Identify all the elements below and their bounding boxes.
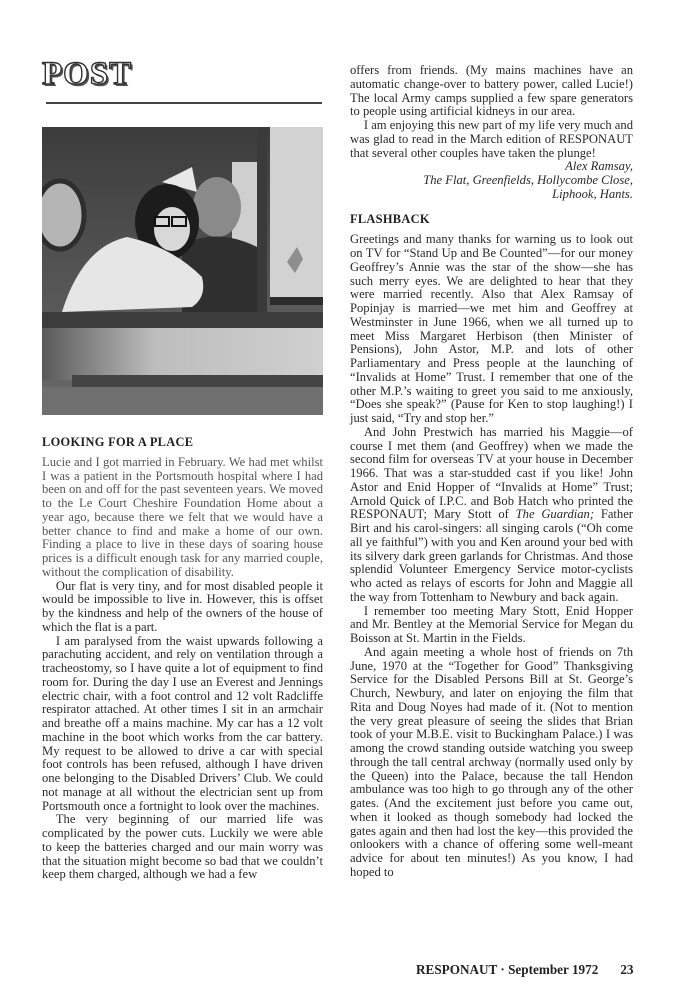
paragraph: And again meeting a whole host of friend…: [350, 646, 633, 880]
magazine-page: POST: [0, 0, 690, 1002]
paragraph: Lucie and I got married in February. We …: [42, 456, 323, 580]
heading-looking-for-a-place: LOOKING FOR A PLACE: [42, 436, 323, 450]
paragraph-text: Father Birt and his carol-singers: all s…: [350, 507, 633, 604]
publication-name-italic: The Guardian;: [516, 507, 594, 521]
signature-address-line1: The Flat, Greenfields, Hollycombe Close,: [350, 174, 633, 188]
right-column: offers from friends. (My mains machines …: [350, 64, 633, 880]
left-column: LOOKING FOR A PLACE Lucie and I got marr…: [42, 436, 323, 882]
page-footer: RESPONAUT · September 197223: [416, 962, 634, 978]
paragraph: The very beginning of our married life w…: [42, 813, 323, 882]
paragraph: Our flat is very tiny, and for most disa…: [42, 580, 323, 635]
section-masthead: POST: [42, 58, 132, 91]
footer-publication: RESPONAUT · September 1972: [416, 962, 598, 977]
couple-in-car-photo: [42, 127, 323, 415]
photo-illustration: [42, 127, 323, 415]
paragraph: I am paralysed from the waist upwards fo…: [42, 635, 323, 814]
page-number: 23: [620, 962, 633, 977]
signature-address-line2: Liphook, Hants.: [350, 188, 633, 202]
paragraph: I remember too meeting Mary Stott, Enid …: [350, 605, 633, 646]
heading-flashback: FLASHBACK: [350, 213, 633, 227]
paragraph: offers from friends. (My mains machines …: [350, 64, 633, 119]
paragraph: I am enjoying this new part of my life v…: [350, 119, 633, 160]
paragraph: And John Prestwich has married his Maggi…: [350, 426, 633, 605]
paragraph: Greetings and many thanks for warning us…: [350, 233, 633, 426]
masthead-rule: [46, 102, 322, 104]
signature-name: Alex Ramsay,: [350, 160, 633, 174]
